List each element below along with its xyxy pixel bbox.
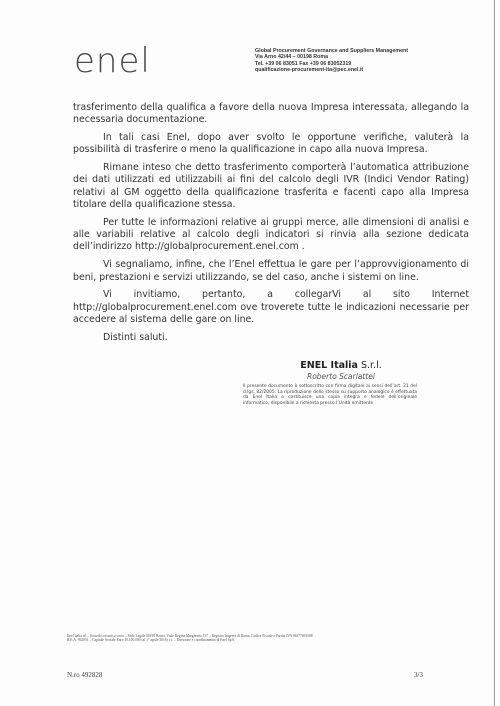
page-number: 3/3: [414, 671, 423, 679]
scan-edge-line: [494, 0, 495, 706]
closing-salutation: Distinti saluti.: [73, 332, 469, 344]
signature-block: ENEL Italia S.r.l. Roberto Scarlattei: [256, 360, 426, 381]
paragraph-continuation: trasferimento della qualifica a favore d…: [73, 102, 469, 127]
paragraph-ivr: Rimane inteso che detto trasferimento co…: [73, 162, 469, 211]
signature-company-suffix: S.r.l.: [358, 360, 382, 371]
document-number: N.ro 492828: [67, 671, 102, 679]
paragraph-tenders: Vi segnaliamo, infine, che l’Enel effett…: [73, 259, 469, 284]
footer-legal-line-2: R.E.A. 962851 – Capitale Sociale Euro 10…: [67, 638, 407, 642]
letter-body: trasferimento della qualifica a favore d…: [73, 102, 469, 350]
document-page: enel Global Procurement Governance and S…: [0, 0, 500, 706]
header-contact-info: Global Procurement Governance and Suppli…: [255, 48, 408, 73]
paragraph-verification: In tali casi Enel, dopo aver svolto le o…: [73, 132, 469, 157]
header-email: qualificazione-procurement-ita@pec.enel.…: [255, 67, 408, 73]
signatory-name: Roberto Scarlattei: [256, 372, 426, 381]
footer-legal-info: Enel Italia srl – Società con unico soci…: [67, 634, 407, 643]
enel-logo: enel: [74, 44, 151, 78]
paragraph-info: Per tutte le informazioni relative ai gr…: [73, 217, 469, 254]
signature-company: ENEL Italia S.r.l.: [256, 360, 426, 371]
digital-signature-note: Il presente documento è sottoscritto con…: [243, 384, 417, 406]
paragraph-invite: Vi invitiamo, pertanto, a collegarVi al …: [73, 289, 469, 326]
signature-company-name: ENEL Italia: [300, 360, 358, 371]
